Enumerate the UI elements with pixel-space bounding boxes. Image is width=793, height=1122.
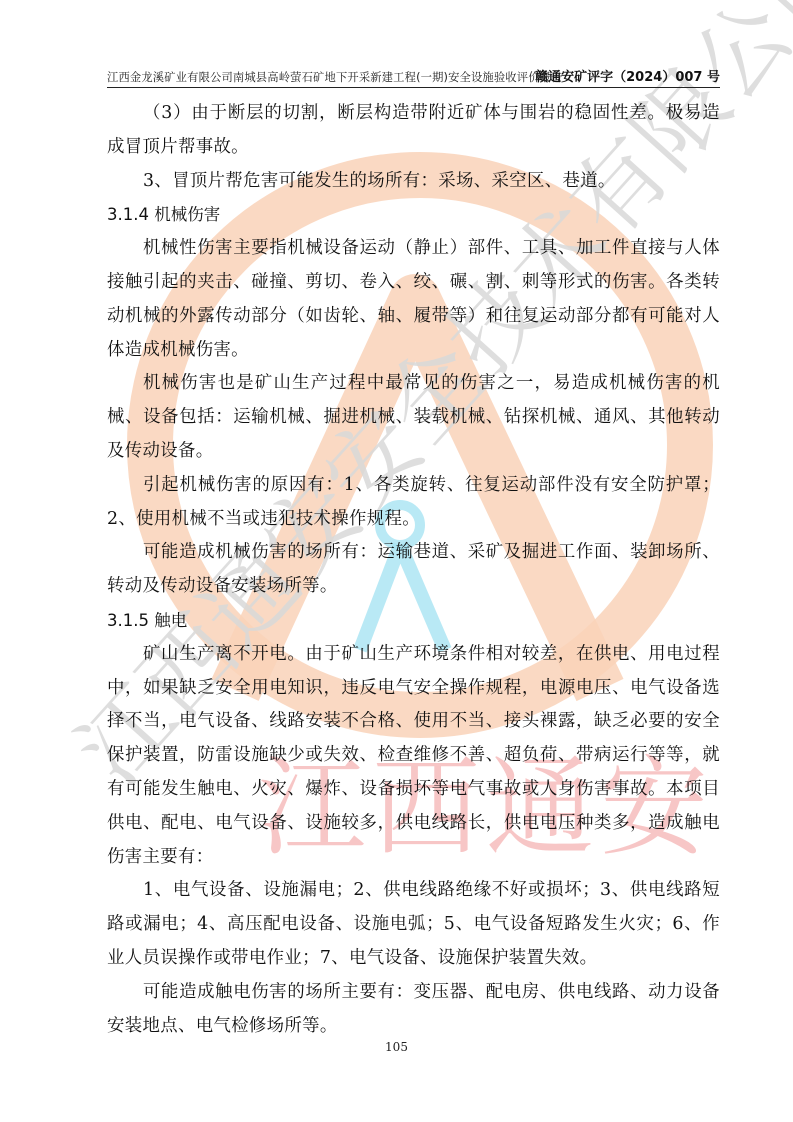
running-header: 江西金龙溪矿业有限公司南城县高岭萤石矿地下开采新建工程(一期)安全设施验收评价报… xyxy=(107,66,720,88)
page-number: 105 xyxy=(0,1040,793,1054)
paragraph: 机械性伤害主要指机械设备运动（静止）部件、工具、加工件直接与人体接触引起的夹击、… xyxy=(107,232,720,367)
paragraph: 机械伤害也是矿山生产过程中最常见的伤害之一，易造成机械伤害的机械、设备包括：运输… xyxy=(107,367,720,468)
paragraph: 可能造成触电伤害的场所主要有：变压器、配电房、供电线路、动力设备安装地点、电气检… xyxy=(107,976,720,1044)
document-body: （3）由于断层的切割，断层构造带附近矿体与围岩的稳固性差。极易造成冒顶片帮事故。… xyxy=(107,97,720,1043)
paragraph: 引起机械伤害的原因有：1、各类旋转、往复运动部件没有安全防护罩；2、使用机械不当… xyxy=(107,469,720,537)
paragraph: 矿山生产离不开电。由于矿山生产环境条件相对较差，在供电、用电过程中，如果缺乏安全… xyxy=(107,638,720,875)
section-heading: 3.1.4 机械伤害 xyxy=(107,198,720,232)
section-heading: 3.1.5 触电 xyxy=(107,604,720,638)
paragraph: 3、冒顶片帮危害可能发生的场所有：采场、采空区、巷道。 xyxy=(107,165,720,199)
paragraph: 1、电气设备、设施漏电；2、供电线路绝缘不好或损坏；3、供电线路短路或漏电；4、… xyxy=(107,874,720,975)
header-report-number: 赣通安矿评字（2024）007 号 xyxy=(535,66,720,85)
paragraph: （3）由于断层的切割，断层构造带附近矿体与围岩的稳固性差。极易造成冒顶片帮事故。 xyxy=(107,97,720,165)
header-report-title: 江西金龙溪矿业有限公司南城县高岭萤石矿地下开采新建工程(一期)安全设施验收评价报… xyxy=(107,69,563,85)
document-page: 江西通安安全技术有限公司 江西通安 江西金龙溪矿业有限公司南城县高岭萤石矿地下开… xyxy=(0,0,793,1122)
paragraph: 可能造成机械伤害的场所有：运输巷道、采矿及掘进工作面、装卸场所、转动及传动设备安… xyxy=(107,536,720,604)
